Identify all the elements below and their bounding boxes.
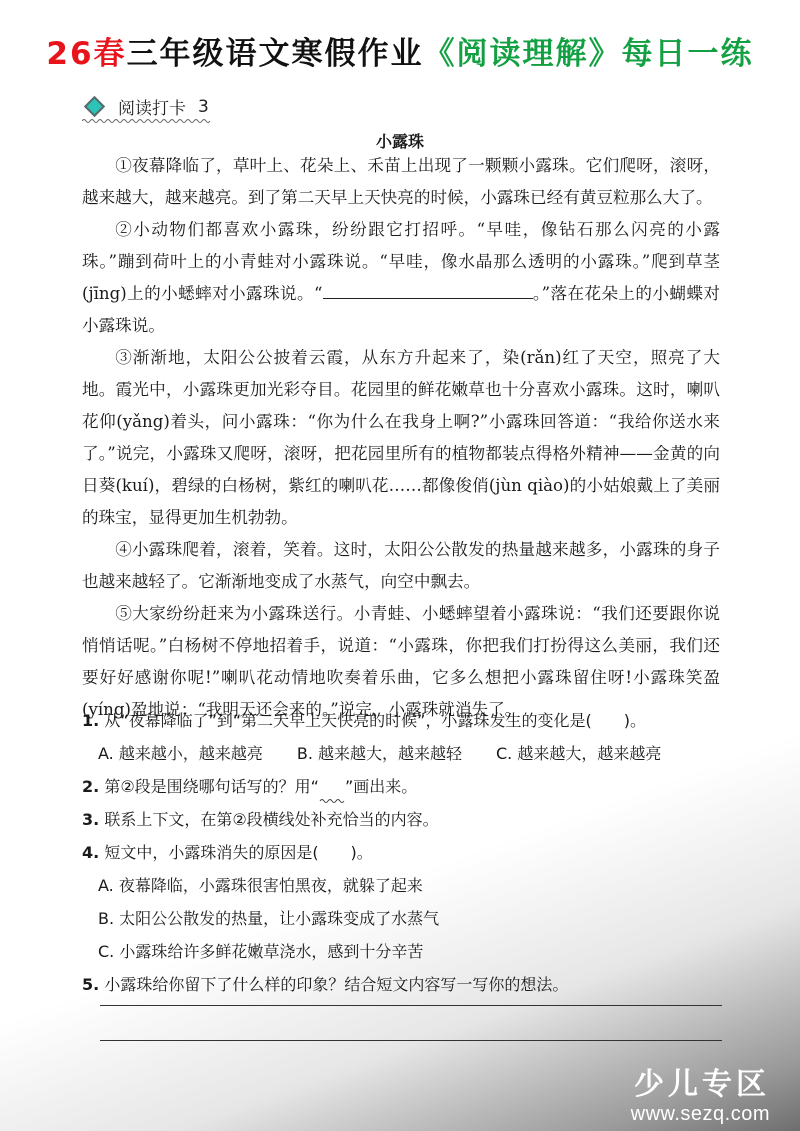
option-c[interactable]: C. 越来越大，越来越亮 <box>496 737 661 770</box>
paragraph-2: ②小动物们都喜欢小露珠，纷纷跟它打招呼。“早哇，像钻石那么闪亮的小露珠。”蹦到荷… <box>82 214 720 342</box>
section-heading: 阅读打卡 3 <box>83 94 209 119</box>
wavy-line-icon <box>319 789 345 803</box>
section-label: 阅读打卡 <box>118 94 186 119</box>
question-4: 4. 短文中，小露珠消失的原因是( )。 <box>82 836 742 869</box>
wavy-underline <box>82 118 210 124</box>
banner-subject: 《阅读理解》每日一练 <box>424 36 754 72</box>
option-c[interactable]: C. 小露珠给许多鲜花嫩草浇水，感到十分辛苦 <box>98 935 742 968</box>
option-a[interactable]: A. 夜幕降临，小露珠很害怕黑夜，就躲了起来 <box>98 869 742 902</box>
question-5: 5. 小露珠给你留下了什么样的印象？结合短文内容写一写你的想法。 <box>82 968 742 1001</box>
question-1-options: A. 越来越小，越来越亮B. 越来越大，越来越轻C. 越来越大，越来越亮 <box>98 737 742 770</box>
option-a[interactable]: A. 越来越小，越来越亮 <box>98 737 263 770</box>
question-3: 3. 联系上下文，在第②段横线处补充恰当的内容。 <box>82 803 742 836</box>
story-title: 小露珠 <box>0 129 800 152</box>
watermark: 少儿专区 www.sezq.com <box>631 1068 770 1126</box>
section-number: 3 <box>198 97 209 117</box>
option-b[interactable]: B. 太阳公公散发的热量，让小露珠变成了水蒸气 <box>98 902 742 935</box>
story-body: ①夜幕降临了，草叶上、花朵上、禾苗上出现了一颗颗小露珠。它们爬呀，滚呀，越来越大… <box>82 150 720 726</box>
diamond-icon <box>84 96 105 117</box>
question-2: 2. 第②段是围绕哪句话写的？用“”画出来。 <box>82 770 742 803</box>
banner-season: 26春 <box>46 36 126 72</box>
banner-grade-title: 三年级语文寒假作业 <box>127 36 424 72</box>
watermark-title: 少儿专区 <box>631 1068 770 1102</box>
answer-line-2[interactable] <box>100 1040 722 1041</box>
paragraph-3: ③渐渐地，太阳公公披着云霞，从东方升起来了，染(rǎn)红了天空，照亮了大地。霞… <box>82 342 720 534</box>
page-banner: 26春三年级语文寒假作业《阅读理解》每日一练 <box>0 28 800 73</box>
paragraph-4: ④小露珠爬着，滚着，笑着。这时，太阳公公散发的热量越来越多，小露珠的身子也越来越… <box>82 534 720 598</box>
questions: 1. 从“夜幕降临了”到“第二天早上天快亮的时候”，小露珠发生的变化是( )。 … <box>82 704 742 1001</box>
option-b[interactable]: B. 越来越大，越来越轻 <box>297 737 462 770</box>
answer-line-1[interactable] <box>100 1005 722 1006</box>
paragraph-1: ①夜幕降临了，草叶上、花朵上、禾苗上出现了一颗颗小露珠。它们爬呀，滚呀，越来越大… <box>82 150 720 214</box>
watermark-url: www.sezq.com <box>631 1102 770 1126</box>
question-1: 1. 从“夜幕降临了”到“第二天早上天快亮的时候”，小露珠发生的变化是( )。 <box>82 704 742 737</box>
fill-in-blank[interactable] <box>323 280 533 299</box>
